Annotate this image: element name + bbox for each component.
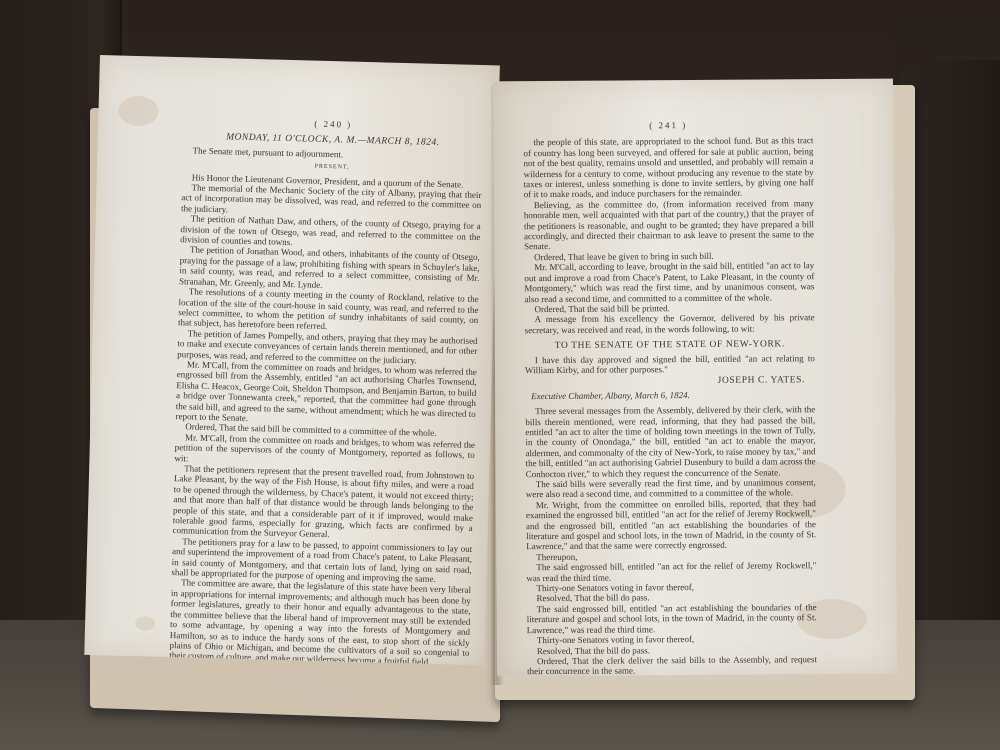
paragraph: Three several messages from the Assembly… — [525, 404, 816, 479]
paragraph: A message from his excellency the Govern… — [525, 312, 815, 335]
paragraph: That the petitioners represent that the … — [172, 463, 474, 544]
paragraph: The resolutions of a county meeting in t… — [178, 286, 479, 335]
paragraph: Mr. M'Call, according to leave, brought … — [524, 260, 814, 304]
paragraph: Ordered, That the clerk deliver the said… — [527, 654, 817, 676]
message-heading: TO THE SENATE OF THE STATE OF NEW-YORK. — [525, 339, 815, 351]
message-body: I have this day approved and signed the … — [525, 353, 815, 376]
left-page: ( 240 ) MONDAY, 11 O'CLOCK, A. M.—MARCH … — [84, 55, 500, 665]
dateline: Executive Chamber, Albany, March 6, 1824… — [525, 389, 815, 401]
paper-stain — [135, 616, 155, 631]
paragraph: Mr. M'Call, from the committee on roads … — [175, 359, 477, 429]
paragraph: Mr. Wright, from the committee on enroll… — [526, 498, 816, 552]
paragraph: The committee are aware, that the legisl… — [169, 578, 471, 666]
right-page-text: ( 241 ) the people of this state, are ap… — [523, 119, 817, 676]
right-page: ( 241 ) the people of this state, are ap… — [493, 79, 897, 677]
paragraph: The said bills were severally read the f… — [526, 477, 816, 500]
open-book: ( 240 ) MONDAY, 11 O'CLOCK, A. M.—MARCH … — [85, 55, 915, 695]
page-number: ( 241 ) — [523, 119, 813, 131]
governor-signature: JOSEPH C. YATES. — [525, 376, 805, 388]
paragraph: The said engrossed bill, entitled "an ac… — [527, 602, 817, 635]
paragraph: Believing, as the committee do, (from in… — [524, 198, 814, 252]
paragraph: the people of this state, are appropriat… — [523, 136, 813, 200]
page-number: ( 240 ) — [183, 115, 483, 133]
paragraph: The said engrossed bill, entitled "an ac… — [526, 560, 816, 583]
left-page-text: ( 240 ) MONDAY, 11 O'CLOCK, A. M.—MARCH … — [169, 115, 484, 665]
paper-stain — [118, 96, 159, 127]
